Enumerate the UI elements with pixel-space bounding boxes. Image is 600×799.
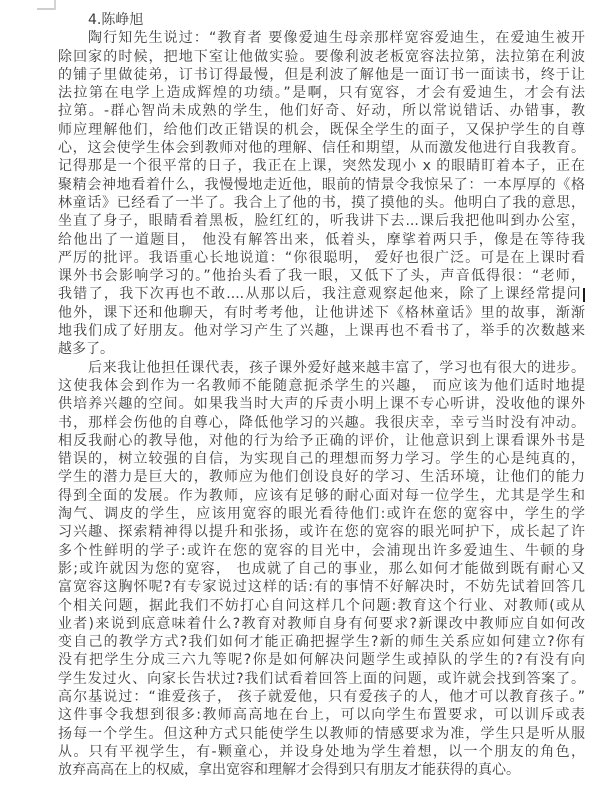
text-line: 的铺子里做徒弟，订书订得最慢，但是利波了解他是一面订书一面读书，终于让 (58, 66, 585, 84)
text-line: 影;或许就因为您的宽容， 也成就了自己的事业，那么如何才能做到既有耐心又 (58, 560, 585, 578)
text-line: 变自己的教学方式?我们如何才能正确把握学生?新的师生关系应如何建立?你有 (58, 633, 585, 651)
document-page: 4.陈峥旭陶行知先生说过：“教育者 要像爱迪生母亲那样宽容爱迪生，在爱迪生被开除… (0, 0, 600, 799)
text-line: 除回家的时候，把地下室让他做实验。要像利波老板宽容法拉第，法拉第在利波 (58, 48, 585, 66)
text-line: 越多了。 (58, 340, 585, 358)
text-line: 后来我让他担任课代表，孩子课外爱好越来越丰富了，学习也有很大的进步。 (58, 359, 585, 377)
text-line: 课外书会影响学习的。”他抬头看了我一眼，又低下了头，声音低得很：“老师， (58, 267, 585, 285)
text-line: 拉第。-群心智尚未成熟的学生，他们好奇、好动，所以常说错话、办错事，教 (58, 102, 585, 120)
text-line: 给他出了一道题目， 他没有解答出来，低着头，摩挲着两只手，像是在等待我 (58, 231, 585, 249)
text-line: 供培养兴趣的空间。如果我当时大声的斥责小明上课不专心听讲，没收他的课外 (58, 395, 585, 413)
text-line: 严厉的批评。我语重心长地说道：“你很聪明， 爱好也很广泛。可是在上课时看 (58, 249, 585, 267)
text-line: 高尔基说过：“谁爱孩子， 孩子就爱他，只有爱孩子的人，他才可以教育孩子。” (58, 688, 585, 706)
text-line: 错误的，树立较强的自信，为实现自己的理想而努力学习。学生的心是纯真的， (58, 450, 585, 468)
text-line: 我错了，我下次再也不敢....从那以后，我注意观察起他来，除了上课经常提问 (58, 285, 585, 303)
text-line: 相反我耐心的教导他，对他的行为给予正确的评价，让他意识到上课看课外书是 (58, 432, 585, 450)
text-line: 心，这会使学生体会到教师对他的理解、信任和期望，从而激发他进行自我教育。 (58, 139, 585, 157)
text-line: 记得那是一个很平常的日子，我正在上课，突然发现小 x 的眼睛盯着本子，正在 (58, 157, 585, 175)
text-line: 林童话》已经看了一半了。我合上了他的书，摸了摸他的头。他明白了我的意思， (58, 194, 585, 212)
text-line: 书，那样会伤他的自尊心，降低他学习的兴趣。我很庆幸，幸亏当时没有冲动。 (58, 414, 585, 432)
text-line: 法拉第在电学上造成辉煌的功绩。”是啊，只有宽容，才会有爱迪生，才会有法 (58, 84, 585, 102)
text-line: 学生发过火、向家长告状过?我们试看着回答上面的问题，或许就会找到答案了。 (58, 670, 585, 688)
text-line: 这使我体会到作为一名教师不能随意扼杀学生的兴趣， 而应该为他们适时地提 (58, 377, 585, 395)
document-heading: 4.陈峥旭 (58, 11, 585, 29)
text-line: 这件事令我想到很多:教师高高地在台上，可以向学生布置要求，可以训斥或表 (58, 706, 585, 724)
text-line: 没有把学生分成三六九等呢?你是如何解决问题学生或掉队的学生的?有没有向 (58, 651, 585, 669)
text-line: 坐直了身子，眼睛看着黑板，脸红红的，听我讲下去...课后我把他叫到办公室， (58, 212, 585, 230)
text-line: 放弃高高在上的权威，拿出宽容和理解才会得到只有朋友才能获得的真心。 (58, 761, 585, 779)
text-body[interactable]: 4.陈峥旭陶行知先生说过：“教育者 要像爱迪生母亲那样宽容爱迪生，在爱迪生被开除… (58, 11, 585, 779)
text-line: 得到全面的发展。作为教师，应该有足够的耐心面对每一位学生，尤其是学生和 (58, 487, 585, 505)
text-line: 扬每一个学生。但这种方式只能使学生以教师的情感要求为准，学生只是听从服 (58, 725, 585, 743)
text-line: 从。只有平视学生，有-颗童心，并设身处地为学生着想，以一个朋友的角色， (58, 743, 585, 761)
text-line: 学生的潜力是巨大的，教师应为他们创设良好的学习、生活环境，让他们的能力 (58, 468, 585, 486)
text-line: 业者)来说到底意味着什么?教育对教师自身有何要求?新课改中教师应自如何改 (58, 615, 585, 633)
text-line: 聚精会神地看着什么，我慢慢地走近他，眼前的情景令我惊呆了：一本厚厚的《格 (58, 176, 585, 194)
text-line: 习兴趣、探索精神得以提升和张扬，或许在您的宽容的眼光呵护下，成长起了许 (58, 523, 585, 541)
text-line: 富宽容这胸怀呢?有专家说过这样的话:有的事情不好解决时，不妨先试着回答几 (58, 578, 585, 596)
margin-crop-mark-vertical (54, 0, 56, 10)
text-line: 地我们成了好朋友。他对学习产生了兴趣，上课再也不看书了，举手的次数越来 (58, 322, 585, 340)
text-line: 陶行知先生说过：“教育者 要像爱迪生母亲那样宽容爱迪生，在爱迪生被开 (58, 29, 585, 47)
text-cursor (583, 288, 585, 302)
text-line: 淘气、调皮的学生，应该用宽容的眼光看待他们:或许在您的宽容中，学生的学 (58, 505, 585, 523)
text-line: 他外，课下还和他聊天，有时考考他，让他讲述下《格林童话》里的故事，渐渐 (58, 304, 585, 322)
text-line: 师应理解他们，给他们改正错误的机会，既保全学生的面子，又保护学生的自尊 (58, 121, 585, 139)
text-line: 多个性鲜明的学子:或许在您的宽容的目光中，会浦现出许多爱迪生、牛顿的身 (58, 542, 585, 560)
text-line: 个相关问题，据此我们不妨打心自问这样几个问题:教育这个行业、对教师(或从 (58, 597, 585, 615)
